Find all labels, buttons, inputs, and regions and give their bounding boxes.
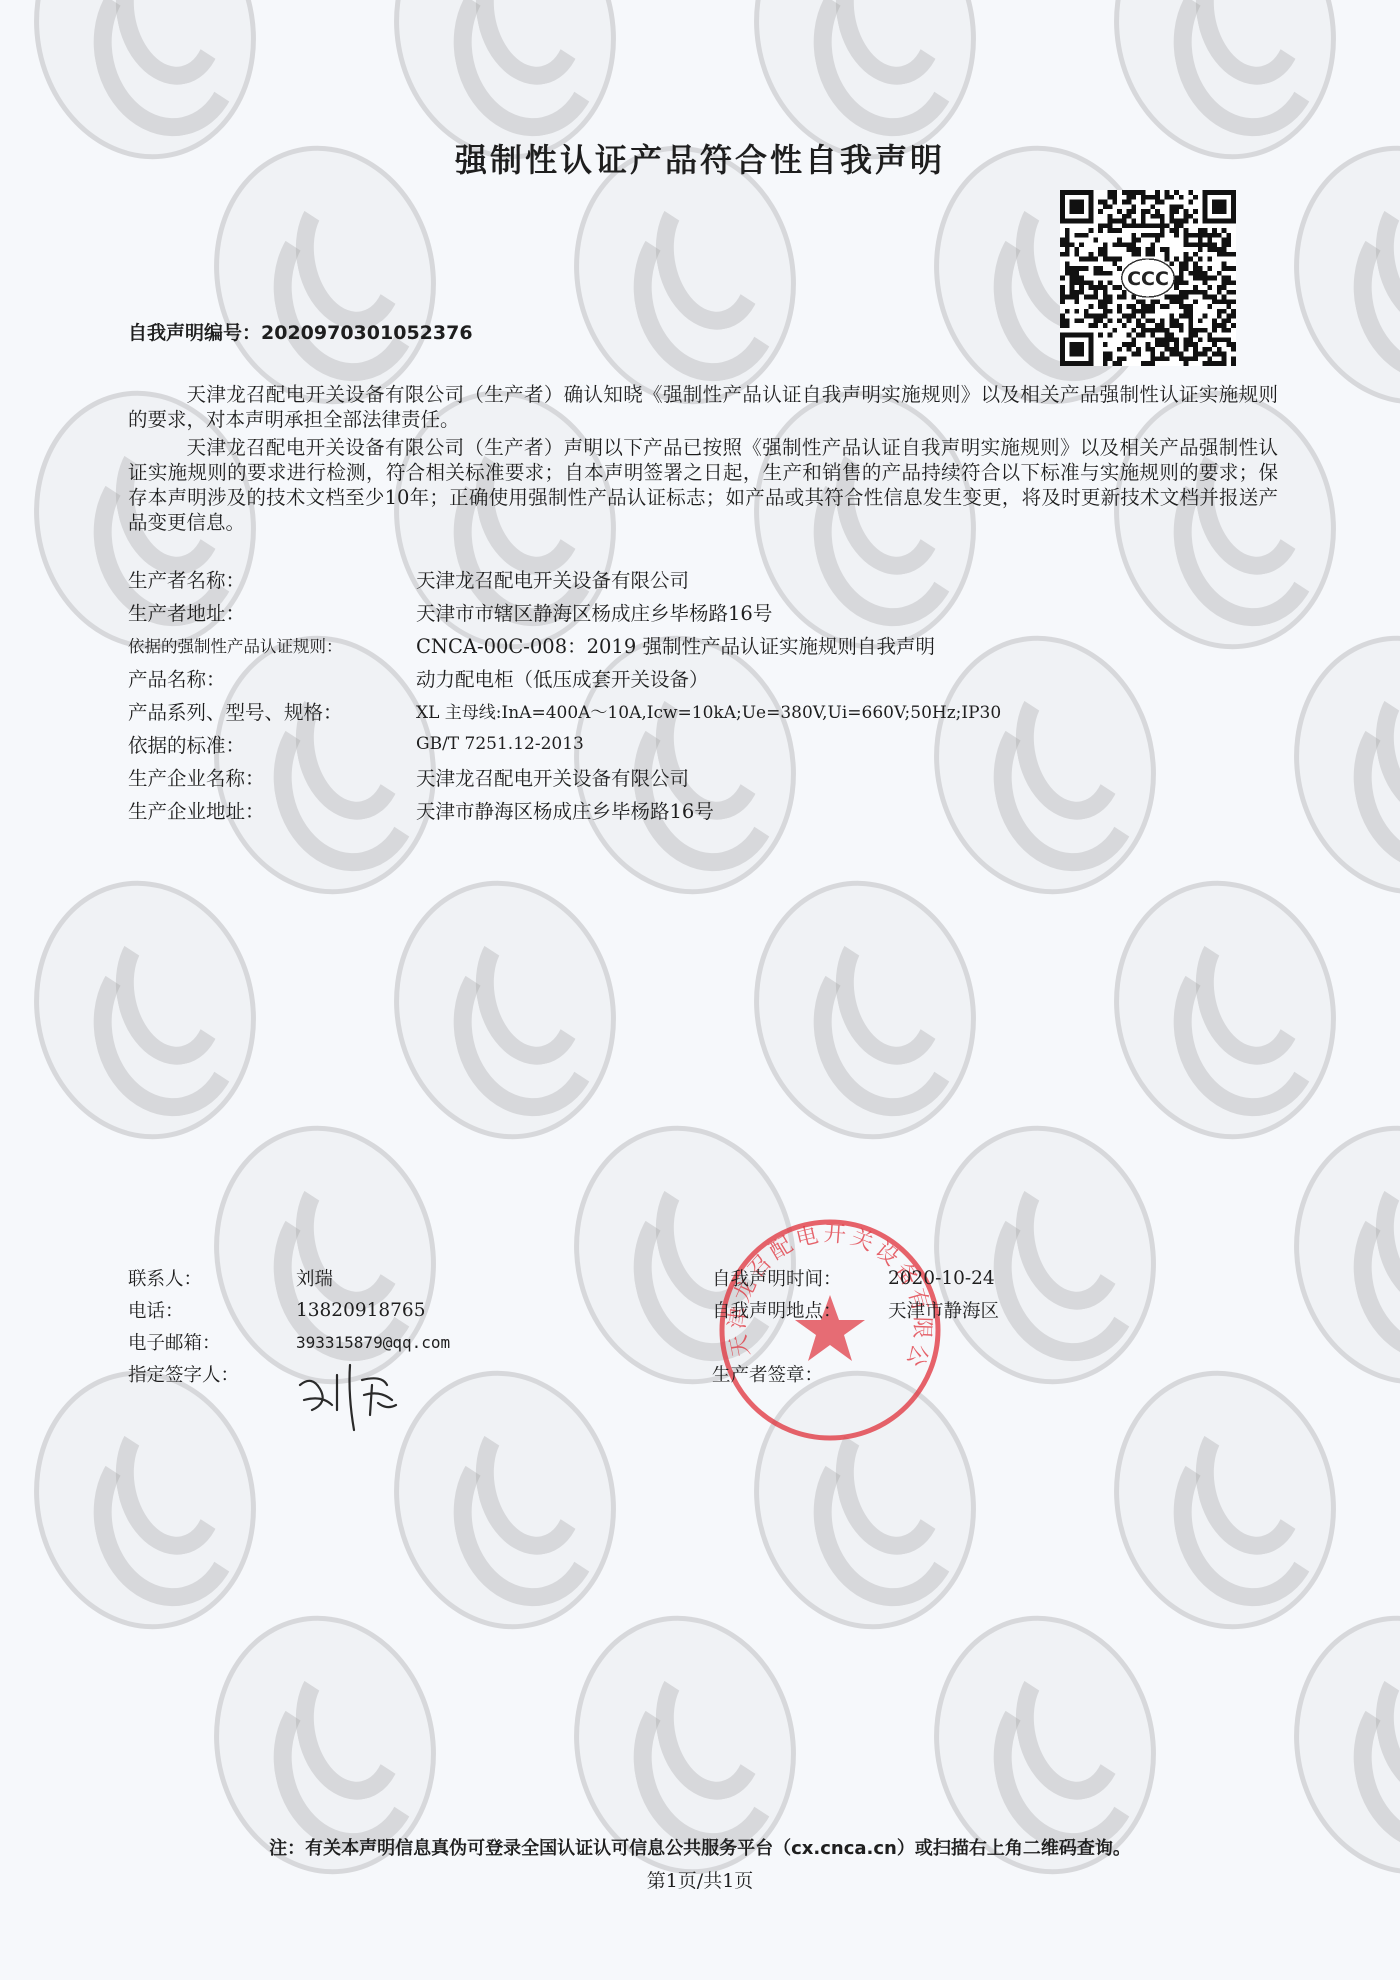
contact-value: 刘瑞 [296,1265,333,1291]
field-value: XL 主母线:InA=400A～10A,Icw=10kA;Ue=380V,Ui=… [416,698,1001,723]
ccc-watermark-icon [10,1350,279,1650]
contact-row: 电子邮箱：393315879@qq.com [128,1326,450,1358]
paragraph-acknowledgement: 天津龙召配电开关设备有限公司（生产者）确认知晓《强制性产品认证自我声明实施规则》… [128,382,1278,432]
product-fields: 生产者名称：天津龙召配电开关设备有限公司 生产者地址：天津市市辖区静海区杨成庄乡… [128,562,1001,826]
field-row: 依据的标准：GB/T 7251.12-2013 [128,727,1001,760]
contact-label: 联系人： [128,1265,296,1291]
contact-email[interactable]: 393315879@qq.com [296,1333,450,1352]
declaration-number: 自我声明编号：2020970301052376 [128,318,473,345]
field-label: 生产企业名称： [128,763,416,791]
ccc-watermark-icon [1270,615,1400,915]
field-label: 依据的强制性产品认证规则： [128,633,416,657]
field-row: 生产者名称：天津龙召配电开关设备有限公司 [128,562,1001,595]
info-row: 自我声明时间：2020-10-24 [712,1262,999,1294]
info-row: 自我声明地点：天津市静海区 [712,1294,999,1326]
document-page: 强制性认证产品符合性自我声明 CCC 自我声明编号：20209703010523… [0,0,1400,1980]
field-value: 天津市静海区杨成庄乡毕杨路16号 [416,796,714,824]
field-label: 生产企业地址： [128,796,416,824]
ccc-watermark-icon [1270,1105,1400,1405]
svg-text:CCC: CCC [1127,268,1169,290]
contact-label: 电话： [128,1297,296,1323]
field-label: 依据的标准： [128,730,416,758]
field-label: 生产者地址： [128,598,416,626]
qr-code-icon[interactable]: CCC [1060,190,1236,366]
field-row: 生产企业名称：天津龙召配电开关设备有限公司 [128,760,1001,793]
info-row [712,1326,999,1358]
ccc-watermark-icon [10,860,279,1160]
info-label: 自我声明时间： [712,1265,888,1291]
info-row: 生产者签章： [712,1358,999,1390]
paragraph-declaration: 天津龙召配电开关设备有限公司（生产者）声明以下产品已按照《强制性产品认证自我声明… [128,435,1278,535]
field-row: 产品系列、型号、规格：XL 主母线:InA=400A～10A,Icw=10kA;… [128,694,1001,727]
contact-row: 联系人：刘瑞 [128,1262,450,1294]
footer-note: 注：有关本声明信息真伪可登录全国认证认可信息公共服务平台（cx.cnca.cn）… [0,1834,1400,1860]
field-value: 动力配电柜（低压成套开关设备） [416,664,709,692]
field-row: 生产者地址：天津市市辖区静海区杨成庄乡毕杨路16号 [128,595,1001,628]
handwritten-signature [292,1355,402,1435]
field-value: 天津龙召配电开关设备有限公司 [416,763,689,791]
ccc-watermark-icon [730,860,999,1160]
contact-label: 电子邮箱： [128,1329,296,1355]
ccc-watermark-icon [1090,1350,1359,1650]
info-label: 生产者签章： [712,1361,888,1387]
contact-label: 指定签字人： [128,1361,296,1387]
field-label: 生产者名称： [128,565,416,593]
field-value: 天津龙召配电开关设备有限公司 [416,565,689,593]
declaration-info: 自我声明时间：2020-10-24 自我声明地点：天津市静海区 生产者签章： [712,1262,999,1390]
info-value: 2020-10-24 [888,1268,995,1289]
field-row: 产品名称：动力配电柜（低压成套开关设备） [128,661,1001,694]
field-label: 产品名称： [128,664,416,692]
field-label: 产品系列、型号、规格： [128,697,416,725]
field-value: GB/T 7251.12-2013 [416,734,584,754]
ccc-watermark-icon [370,1350,639,1650]
field-row: 生产企业地址：天津市静海区杨成庄乡毕杨路16号 [128,793,1001,826]
field-value: CNCA-00C-008：2019 强制性产品认证实施规则自我声明 [416,631,935,659]
ccc-watermark-icon [1090,860,1359,1160]
page-number: 第1页/共1页 [0,1866,1400,1893]
declaration-number-value: 2020970301052376 [261,322,473,344]
declaration-number-label: 自我声明编号： [128,322,261,344]
info-value: 天津市静海区 [888,1297,999,1323]
contact-value: 13820918765 [296,1300,425,1321]
field-value: 天津市市辖区静海区杨成庄乡毕杨路16号 [416,598,772,626]
field-row: 依据的强制性产品认证规则：CNCA-00C-008：2019 强制性产品认证实施… [128,628,1001,661]
ccc-watermark-icon [370,860,639,1160]
contact-row: 电话：13820918765 [128,1294,450,1326]
document-title: 强制性认证产品符合性自我声明 [0,135,1400,181]
info-label: 自我声明地点： [712,1297,888,1323]
